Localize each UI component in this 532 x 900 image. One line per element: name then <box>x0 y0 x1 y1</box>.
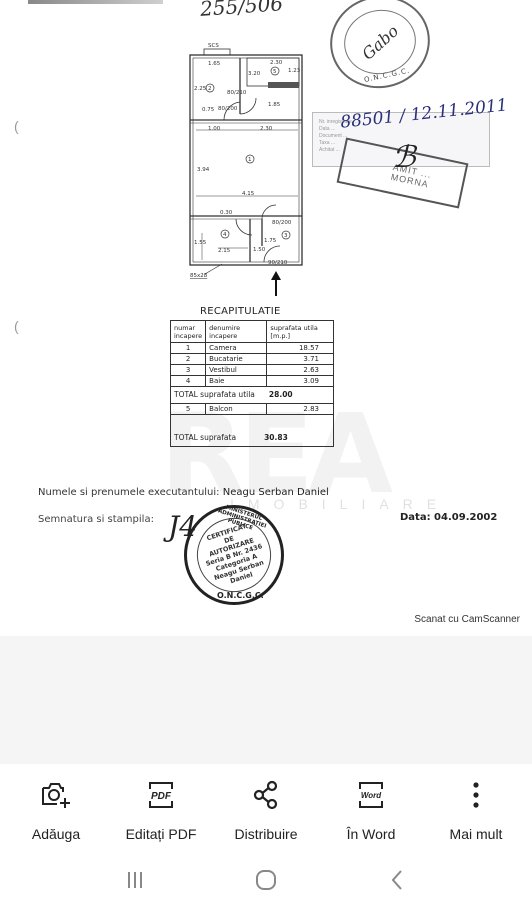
share-icon <box>249 778 283 812</box>
svg-text:3.94: 3.94 <box>197 167 210 173</box>
watermark-sub: IMOBILIARE <box>230 496 450 512</box>
svg-text:2: 2 <box>208 86 212 92</box>
svg-text:3: 3 <box>284 233 288 239</box>
home-icon <box>255 869 277 891</box>
svg-text:3.20: 3.20 <box>248 71 261 77</box>
svg-text:1.00: 1.00 <box>208 126 221 132</box>
to-word-button[interactable]: Word În Word <box>321 764 421 860</box>
floor-plan-drawing: SCS 1.65 2.30 1.23 3.20 2.25 0.75 1.85 1… <box>180 38 310 298</box>
floor-plan: SCS 1.65 2.30 1.23 3.20 2.25 0.75 1.85 1… <box>180 38 310 298</box>
ministry-stamp-top: Gabo O.N.C.G.C. <box>322 0 439 97</box>
executant-name: Neagu Serban Daniel <box>223 487 329 498</box>
header-fraction: 255/506 <box>199 0 284 21</box>
add-camera-icon <box>39 778 73 812</box>
table-header-row: numar incapere denumire incapere suprafa… <box>171 321 334 343</box>
table-row-balcony: 5 Balcon 2.83 <box>171 404 334 415</box>
document-date: Data: 04.09.2002 <box>400 512 497 523</box>
svg-text:2.30: 2.30 <box>270 60 283 66</box>
table-row: 1 Camera 18.57 <box>171 343 334 354</box>
svg-text:2.25: 2.25 <box>194 86 207 92</box>
more-vertical-icon <box>459 778 493 812</box>
recent-apps-icon <box>125 870 145 890</box>
svg-text:Word: Word <box>361 791 382 800</box>
entrance-arrow-icon <box>271 271 281 296</box>
signature-label: Semnatura si stampila: <box>38 514 154 525</box>
svg-text:90/210: 90/210 <box>268 260 288 266</box>
svg-text:85x28: 85x28 <box>190 273 208 279</box>
stamp-signature: Gabo <box>358 21 402 63</box>
svg-text:4.15: 4.15 <box>242 191 255 197</box>
edit-pdf-button[interactable]: PDF Editați PDF <box>111 764 211 860</box>
home-button[interactable] <box>241 863 291 897</box>
svg-text:SCS: SCS <box>208 43 219 49</box>
svg-text:1.65: 1.65 <box>208 61 221 67</box>
registration-signature: ℬ <box>392 140 416 175</box>
camscanner-document-view: 255/506 ( ( Gabo O.N.C.G.C. Nr. inregist… <box>0 0 532 900</box>
executant-line: Numele si prenumele executantului: Neagu… <box>38 487 329 498</box>
total-row: TOTAL suprafata30.83 <box>171 415 334 447</box>
back-button[interactable] <box>372 863 422 897</box>
bottom-toolbar: Adăuga PDF Editați PDF <box>0 764 532 860</box>
back-icon <box>390 869 404 891</box>
svg-text:1.75: 1.75 <box>264 238 277 244</box>
svg-text:80/210: 80/210 <box>227 90 247 96</box>
authorization-stamp: MINISTERUL ADMINISTRATIEI PUBLICE CERTIF… <box>184 505 284 605</box>
svg-text:5: 5 <box>273 69 277 75</box>
add-button[interactable]: Adăuga <box>6 764 106 860</box>
svg-text:0.75: 0.75 <box>202 107 215 113</box>
recap-title: RECAPITULATIE <box>200 306 281 317</box>
svg-text:1.50: 1.50 <box>253 247 266 253</box>
svg-text:1: 1 <box>248 157 252 163</box>
table-row: 2 Bucatarie 3.71 <box>171 354 334 365</box>
svg-text:PDF: PDF <box>151 791 172 802</box>
pdf-edit-icon: PDF <box>144 778 178 812</box>
svg-text:80/200: 80/200 <box>272 220 292 226</box>
svg-text:1.85: 1.85 <box>268 102 281 108</box>
more-button[interactable]: Mai mult <box>426 764 526 860</box>
svg-text:1.23: 1.23 <box>288 68 301 74</box>
margin-mark: ( <box>14 118 19 134</box>
svg-text:1.55: 1.55 <box>194 240 207 246</box>
viewer-background <box>0 636 532 764</box>
share-button[interactable]: Distribuire <box>216 764 316 860</box>
svg-text:4: 4 <box>223 232 227 238</box>
margin-mark: ( <box>14 318 19 334</box>
recap-table: numar incapere denumire incapere suprafa… <box>170 320 334 447</box>
svg-text:0.30: 0.30 <box>220 210 233 216</box>
table-row: 3 Vestibul 2.63 <box>171 365 334 376</box>
total-useful-row: TOTAL suprafata utila28.00 <box>171 387 334 404</box>
recent-apps-button[interactable] <box>110 863 160 897</box>
svg-text:2.15: 2.15 <box>218 248 231 254</box>
svg-text:80/200: 80/200 <box>218 106 238 112</box>
word-icon: Word <box>354 778 388 812</box>
scanned-document-page[interactable]: 255/506 ( ( Gabo O.N.C.G.C. Nr. inregist… <box>0 0 532 636</box>
camscanner-credit: Scanat cu CamScanner <box>414 614 520 625</box>
svg-text:2.30: 2.30 <box>260 126 273 132</box>
header-blurred-text <box>28 0 163 4</box>
system-navigation-bar <box>0 860 532 900</box>
table-row: 4 Baie 3.09 <box>171 376 334 387</box>
